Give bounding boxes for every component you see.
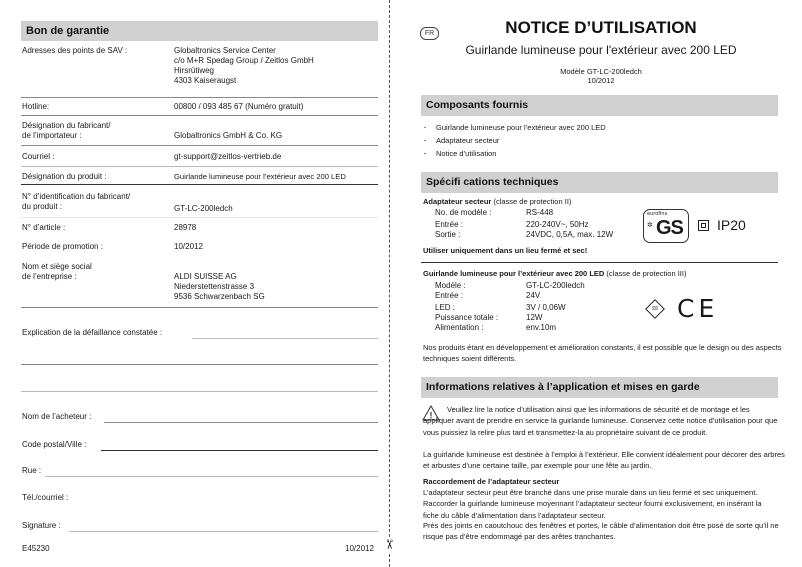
- divider: [21, 184, 378, 185]
- buyer-input[interactable]: [104, 422, 378, 423]
- table-row: No. de modèle :RS-448: [435, 208, 613, 218]
- adapter-name: Adaptateur secteur: [423, 197, 491, 206]
- manual-subtitle: Guirlande lumineuse pour l'extérieur ave…: [400, 43, 802, 58]
- company-label: Nom et siège social de l’entreprise :: [22, 262, 92, 282]
- product-label: Désignation du produit :: [22, 172, 107, 182]
- date-line: 10/2012: [400, 76, 802, 86]
- defect-label: Explication de la défaillance constatée …: [22, 328, 162, 338]
- street-label: Rue :: [22, 466, 41, 476]
- divider: [21, 166, 378, 167]
- cut-line: [389, 0, 390, 567]
- defect-input-line-2[interactable]: [21, 364, 378, 365]
- usage-text: La guirlande lumineuse est destinée à l’…: [423, 449, 785, 472]
- promo-value: 10/2012: [174, 242, 203, 252]
- list-item: Notice d’utilisation: [423, 147, 763, 160]
- gs-logo-flower-icon: ✲: [647, 222, 653, 230]
- ip-rating: IP20: [717, 217, 746, 233]
- divider: [21, 217, 378, 218]
- garland-specs: Modèle :GT-LC-200ledch Entrée :24V LED :…: [435, 281, 585, 333]
- buyer-label: Nom de l’acheteur :: [22, 412, 91, 422]
- safety-text: Veuillez lire la notice d’utilisation ai…: [423, 404, 778, 438]
- hotline-label: Hotline:: [22, 102, 49, 112]
- components-list: Guirlande lumineuse pour l’extérieur ave…: [423, 121, 763, 160]
- phone-email-label: Tél./courriel :: [22, 493, 68, 503]
- components-heading: Composants fournis: [421, 95, 778, 116]
- sav-label: Adresses des points de SAV :: [22, 46, 127, 56]
- garland-title: Guirlande lumineuse pour l’extérieur ave…: [423, 269, 686, 279]
- product-value: Guirlande lumineuse pour l’extérieur ave…: [174, 172, 346, 182]
- table-row: Alimentation :env.10m: [435, 323, 585, 333]
- email-value: gt-support@zeitlos-vertrieb.de: [174, 152, 281, 162]
- doc-date: 10/2012: [345, 544, 374, 554]
- connection-heading: Raccordement de l’adaptateur secteur: [423, 477, 559, 487]
- company-value: ALDI SUISSE AG Niederstettenstrasse 3 95…: [174, 272, 265, 302]
- garland-class: (classe de protection III): [604, 269, 686, 278]
- divider: [21, 307, 378, 308]
- manufacturer-label: Désignation du fabricant/ de l’importate…: [22, 121, 111, 141]
- scissors-icon: ✂: [383, 537, 396, 552]
- safety-instructions: Veuillez lire la notice d’utilisation ai…: [423, 404, 778, 438]
- garland-name: Guirlande lumineuse pour l’extérieur ave…: [423, 269, 604, 278]
- signature-label: Signature :: [22, 521, 61, 531]
- list-item: Guirlande lumineuse pour l’extérieur ave…: [423, 121, 763, 134]
- list-item: Adaptateur secteur: [423, 134, 763, 147]
- gs-certification-logo: eurofins ✲ GS: [643, 209, 689, 243]
- connection-text: L’adaptateur secteur peut être branché d…: [423, 487, 775, 521]
- table-row: Entrée :24V: [435, 291, 585, 301]
- warranty-title: Bon de garantie: [21, 21, 378, 41]
- dry-location-warning: Utiliser uniquement dans un lieu fermé e…: [423, 246, 587, 256]
- table-row: Puissance totale :12W: [435, 313, 585, 323]
- zip-city-label: Code postal/Ville :: [22, 440, 86, 450]
- divider: [21, 115, 378, 116]
- signature-input[interactable]: [69, 531, 378, 532]
- manual-title: NOTICE D’UTILISATION: [400, 17, 802, 39]
- specs-heading: Spécifi cations techniques: [421, 172, 778, 193]
- adapter-title: Adaptateur secteur (classe de protection…: [423, 197, 571, 207]
- divider: [21, 145, 378, 146]
- class2-double-square-icon: [698, 220, 709, 231]
- adapter-class: (classe de protection II): [491, 197, 571, 206]
- ce-mark: CE: [677, 295, 718, 323]
- doc-code: E45230: [22, 544, 50, 554]
- info-heading: Informations relatives à l’application e…: [421, 377, 778, 398]
- product-change-note: Nos produits étant en développement et a…: [423, 342, 785, 365]
- defect-input[interactable]: [192, 338, 378, 339]
- adapter-specs: No. de modèle :RS-448 Entrée :220-240V~,…: [435, 208, 613, 240]
- defect-input-line-3[interactable]: [21, 391, 378, 392]
- table-row: Sortie :24VDC, 0,5A, max. 12W: [435, 230, 613, 240]
- promo-label: Période de promotion :: [22, 242, 103, 252]
- gs-logo-letters: GS: [656, 216, 683, 240]
- joints-text: Près des joints en caoutchouc des fenêtr…: [423, 520, 785, 543]
- id-label: N° d’identification du fabricant/ du pro…: [22, 192, 130, 212]
- hotline-value: 00800 / 093 485 67 (Numéro gratuit): [174, 102, 303, 112]
- table-row: LED :3V / 0,06W: [435, 301, 585, 313]
- manufacturer-value: Globaltronics GmbH & Co. KG: [174, 131, 282, 141]
- email-label: Courriel :: [22, 152, 54, 162]
- divider: [421, 262, 778, 263]
- table-row: Entrée :220-240V~, 50Hz: [435, 218, 613, 230]
- protection-class-3-icon: III: [645, 299, 665, 319]
- zip-city-input[interactable]: [101, 450, 378, 451]
- article-value: 28978: [174, 223, 196, 233]
- table-row: Modèle :GT-LC-200ledch: [435, 281, 585, 291]
- divider: [21, 97, 378, 98]
- sav-value: Globaltronics Service Center c/o M+R Spe…: [174, 46, 314, 86]
- id-value: GT-LC-200ledch: [174, 204, 233, 214]
- article-label: N° d’article :: [22, 223, 65, 233]
- street-input[interactable]: [45, 476, 378, 477]
- class3-numeral: III: [649, 303, 661, 315]
